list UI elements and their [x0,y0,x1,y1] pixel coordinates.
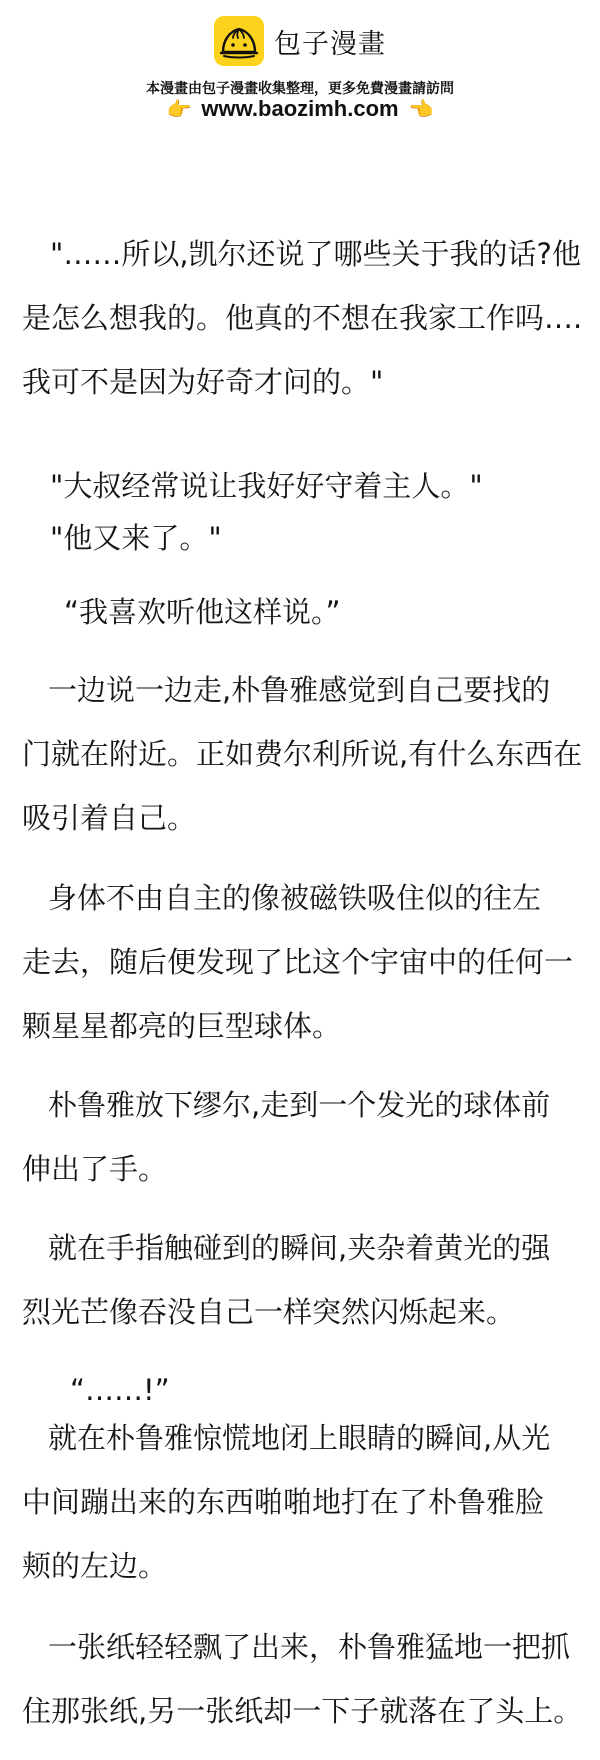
text-line: “我喜欢听他这样说。” [64,594,341,630]
text-line: 住那张纸,另一张纸却一下子就落在了头上。 [22,1693,582,1729]
text-line: 就在手指触碰到的瞬间,夹杂着黄光的强 [48,1230,550,1266]
brand: 包子漫畫 [0,16,600,66]
text-line: 走去，随后便发现了比这个宇宙中的任何一 [22,944,573,980]
text-line: 中间蹦出来的东西啪啪地打在了朴鲁雅脸 [22,1484,544,1520]
text-line: 门就在附近。正如费尔利所说,有什么东西在 [22,736,582,772]
watermark-notice: 本漫畫由包子漫畫收集整理，更多免費漫畫請訪問 [0,78,600,98]
text-line: 烈光芒像吞没自己一样突然闪烁起来。 [22,1294,515,1330]
text-line: 身体不由自主的像被磁铁吸住似的往左 [48,880,541,916]
text-line: 伸出了手。 [22,1151,167,1187]
text-line: 颊的左边。 [22,1548,167,1584]
text-line: 是怎么想我的。他真的不想在我家工作吗…. [22,300,582,336]
text-line: 颗星星都亮的巨型球体。 [22,1008,341,1044]
text-line: "……所以,凯尔还说了哪些关于我的话?他 [50,236,581,272]
text-line: 我可不是因为好奇才问的。" [22,364,383,400]
text-line: 朴鲁雅放下缪尔,走到一个发光的球体前 [48,1087,550,1123]
url-row: 👉 www.baozimh.com 👈 [0,96,600,122]
steamed-bun-logo-icon [214,16,264,66]
text-line: 一边说一边走,朴鲁雅感觉到自己要找的 [48,672,550,708]
text-line: 就在朴鲁雅惊慌地闭上眼睛的瞬间,从光 [48,1420,550,1456]
brand-name: 包子漫畫 [274,22,386,61]
watermark-header: 包子漫畫 本漫畫由包子漫畫收集整理，更多免費漫畫請訪問 👉 www.baozim… [0,0,600,140]
text-line: “……!” [70,1372,170,1408]
text-line: "他又来了。" [50,520,222,556]
pointing-right-hand-icon: 👉 [166,99,191,119]
pointing-left-hand-icon: 👈 [409,99,434,119]
text-line: 吸引着自己。 [22,800,196,836]
text-line: 一张纸轻轻飘了出来，朴鲁雅猛地一把抓 [48,1629,570,1665]
text-line: "大叔经常说让我好好守着主人。" [50,468,483,504]
site-url-link[interactable]: www.baozimh.com [201,96,398,122]
